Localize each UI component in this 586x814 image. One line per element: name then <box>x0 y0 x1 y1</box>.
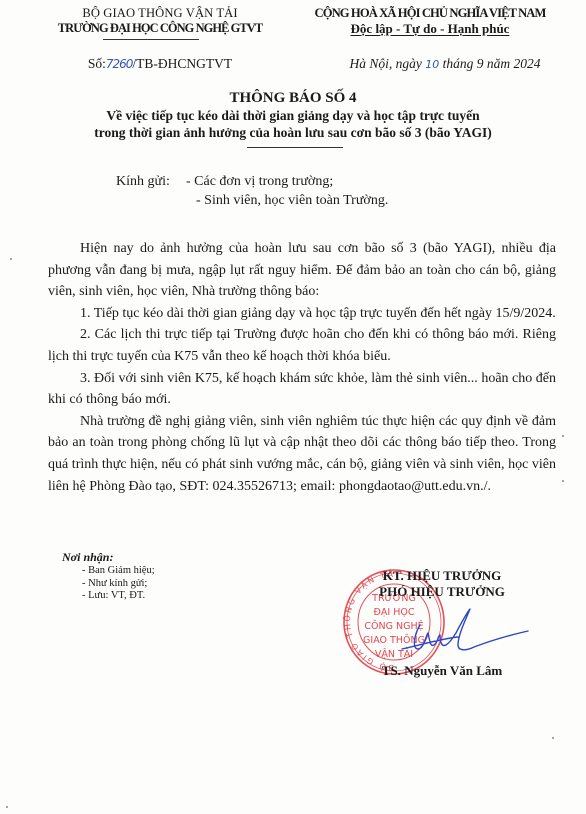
header-divider-left <box>103 39 199 40</box>
signature-title: KT. HIỆU TRƯỞNG PHÓ HIỆU TRƯỞNG <box>352 568 532 600</box>
body-paragraph: Hiện nay do ảnh hưởng của hoàn lưu sau c… <box>48 238 556 303</box>
handwritten-signature-icon <box>400 605 530 660</box>
school-name: TRƯỜNG ĐẠI HỌC CÔNG NGHỆ GTVT <box>40 21 280 36</box>
distribution-item: - Ban Giám hiệu; <box>62 565 155 578</box>
title-sub-2: trong thời gian ảnh hưởng của hoàn lưu s… <box>0 124 586 141</box>
issuer-header: BỘ GIAO THÔNG VẬN TẢI TRƯỜNG ĐẠI HỌC CÔN… <box>40 6 280 36</box>
addressee-item: - Các đơn vị trong trường; <box>186 174 333 189</box>
scan-speck <box>552 737 554 739</box>
body-paragraph: 1. Tiếp tục kéo dài thời gian giảng dạy … <box>48 303 556 325</box>
distribution-label: Nơi nhận: <box>62 550 155 565</box>
distribution-list: Nơi nhận: - Ban Giám hiệu; - Như kính gử… <box>62 550 155 603</box>
scan-speck <box>10 258 12 260</box>
ministry-name: BỘ GIAO THÔNG VẬN TẢI <box>40 6 280 21</box>
sign-line-2: PHÓ HIỆU TRƯỞNG <box>352 584 532 600</box>
title-main: THÔNG BÁO SỐ 4 <box>0 89 586 107</box>
national-motto: Độc lập - Tự do - Hạnh phúc <box>280 21 580 37</box>
distribution-item: - Như kính gửi; <box>62 578 155 591</box>
republic-name: CỘNG HOÀ XÃ HỘI CHỦ NGHĨA VIỆT NAM <box>280 6 580 21</box>
document-body: Hiện nay do ảnh hưởng của hoàn lưu sau c… <box>48 238 556 497</box>
document-title: THÔNG BÁO SỐ 4 Về việc tiếp tục kéo dài … <box>0 89 586 141</box>
body-paragraph: 3. Đối với sinh viên K75, kế hoạch khám … <box>48 368 556 411</box>
document-number: Số:7260/TB-ĐHCNGTVT <box>40 56 280 72</box>
sign-line-1: KT. HIỆU TRƯỞNG <box>352 568 532 584</box>
addressees-label: Kính gửi: <box>116 172 186 191</box>
body-paragraph: Nhà trường đề nghị giảng viên, sinh viên… <box>48 411 556 497</box>
national-header: CỘNG HOÀ XÃ HỘI CHỦ NGHĨA VIỆT NAM Độc l… <box>280 6 580 37</box>
scan-speck <box>562 435 564 437</box>
distribution-item: - Lưu: VT, ĐT. <box>62 590 155 603</box>
handwritten-day: 10 <box>425 58 439 71</box>
signer-name: TS. Nguyễn Văn Lâm <box>352 663 532 679</box>
body-paragraph: 2. Các lịch thi trực tiếp tại Trường đượ… <box>48 324 556 367</box>
title-divider <box>247 147 343 148</box>
scan-speck <box>6 806 8 808</box>
handwritten-number: 7260 <box>106 57 133 71</box>
scan-speck <box>562 480 564 482</box>
title-sub-1: Về việc tiếp tục kéo dài thời gian giảng… <box>0 107 586 124</box>
addressees: Kính gửi:- Các đơn vị trong trường; - Si… <box>116 172 388 210</box>
addressee-item: - Sinh viên, học viên toàn Trường. <box>116 191 388 210</box>
document-date: Hà Nội, ngày 10 tháng 9 năm 2024 <box>300 56 586 72</box>
